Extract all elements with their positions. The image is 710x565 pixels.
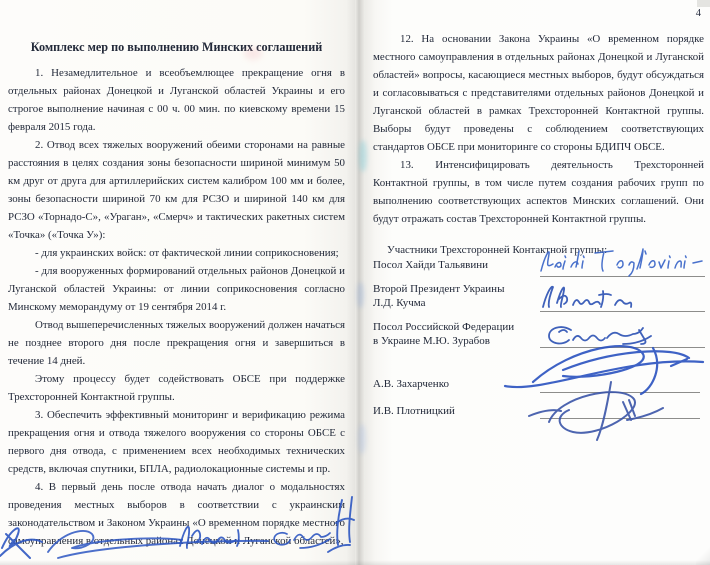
signature-kuchma bbox=[537, 279, 647, 313]
signature-zakharchenko bbox=[503, 336, 708, 398]
page-number: 4 bbox=[696, 8, 701, 19]
left-page: Комплекс мер по выполнению Минских согла… bbox=[0, 0, 357, 565]
signature-line-tagliavini bbox=[540, 276, 705, 277]
paragraph-osce-support: Этому процессу будет содействовать ОБСЕ … bbox=[8, 370, 345, 406]
list-item-ukrainian-troops: - для украинских войск: от фактической л… bbox=[8, 244, 345, 262]
left-page-text: Комплекс мер по выполнению Минских согла… bbox=[8, 40, 345, 550]
scan-smudge bbox=[358, 424, 366, 454]
list-item-armed-formations: - для вооруженных формирований отдельных… bbox=[8, 262, 345, 316]
paragraph-12: 12. На основании Закона Украины «О време… bbox=[373, 30, 704, 156]
signatory-label-zurabov: Посол Российской Федерации в Украине М.Ю… bbox=[373, 321, 514, 348]
right-page: 4 12. На основании Закона Украины «О вре… bbox=[365, 0, 710, 565]
signature-line-kuchma bbox=[540, 311, 705, 312]
signature-plotnitsky bbox=[527, 376, 677, 444]
scan-smudge bbox=[244, 47, 262, 60]
paragraph-withdrawal: Отвод вышеперечисленных тяжелых вооружен… bbox=[8, 316, 345, 370]
signature-line-zakharchenko bbox=[540, 392, 700, 393]
right-page-text: 12. На основании Закона Украины «О време… bbox=[373, 30, 704, 259]
scan-corner-shadow bbox=[697, 0, 710, 7]
signature-line-plotnitsky bbox=[540, 418, 700, 419]
scan-smudge bbox=[359, 140, 367, 172]
signatory-label-zakharchenko: А.В. Захарченко bbox=[373, 378, 449, 392]
paragraph-13: 13. Интенсифицировать деятельность Трехс… bbox=[373, 156, 704, 228]
paragraph-1: 1. Незамедлительное и всеобъемлющее прек… bbox=[8, 64, 345, 136]
scan-bottom-shadow bbox=[0, 560, 710, 565]
signatory-label-kuchma: Второй Президент Украины Л.Д. Кучма bbox=[373, 283, 504, 310]
paragraph-4: 4. В первый день после отвода начать диа… bbox=[8, 478, 345, 550]
participants-heading: Участники Трехсторонней Контактной групп… bbox=[373, 241, 704, 259]
paragraph-3: 3. Обеспечить эффективный мониторинг и в… bbox=[8, 406, 345, 478]
document-scan: Комплекс мер по выполнению Минских согла… bbox=[0, 0, 710, 565]
signature-line-zurabov bbox=[540, 347, 705, 348]
paragraph-2: 2. Отвод всех тяжелых вооружений обеими … bbox=[8, 136, 345, 244]
signatory-label-tagliavini: Посол Хайди Тальявини bbox=[373, 259, 488, 273]
scan-smudge bbox=[357, 282, 364, 308]
signatory-label-plotnitsky: И.В. Плотницкий bbox=[373, 405, 455, 419]
document-title: Комплекс мер по выполнению Минских согла… bbox=[8, 40, 345, 55]
